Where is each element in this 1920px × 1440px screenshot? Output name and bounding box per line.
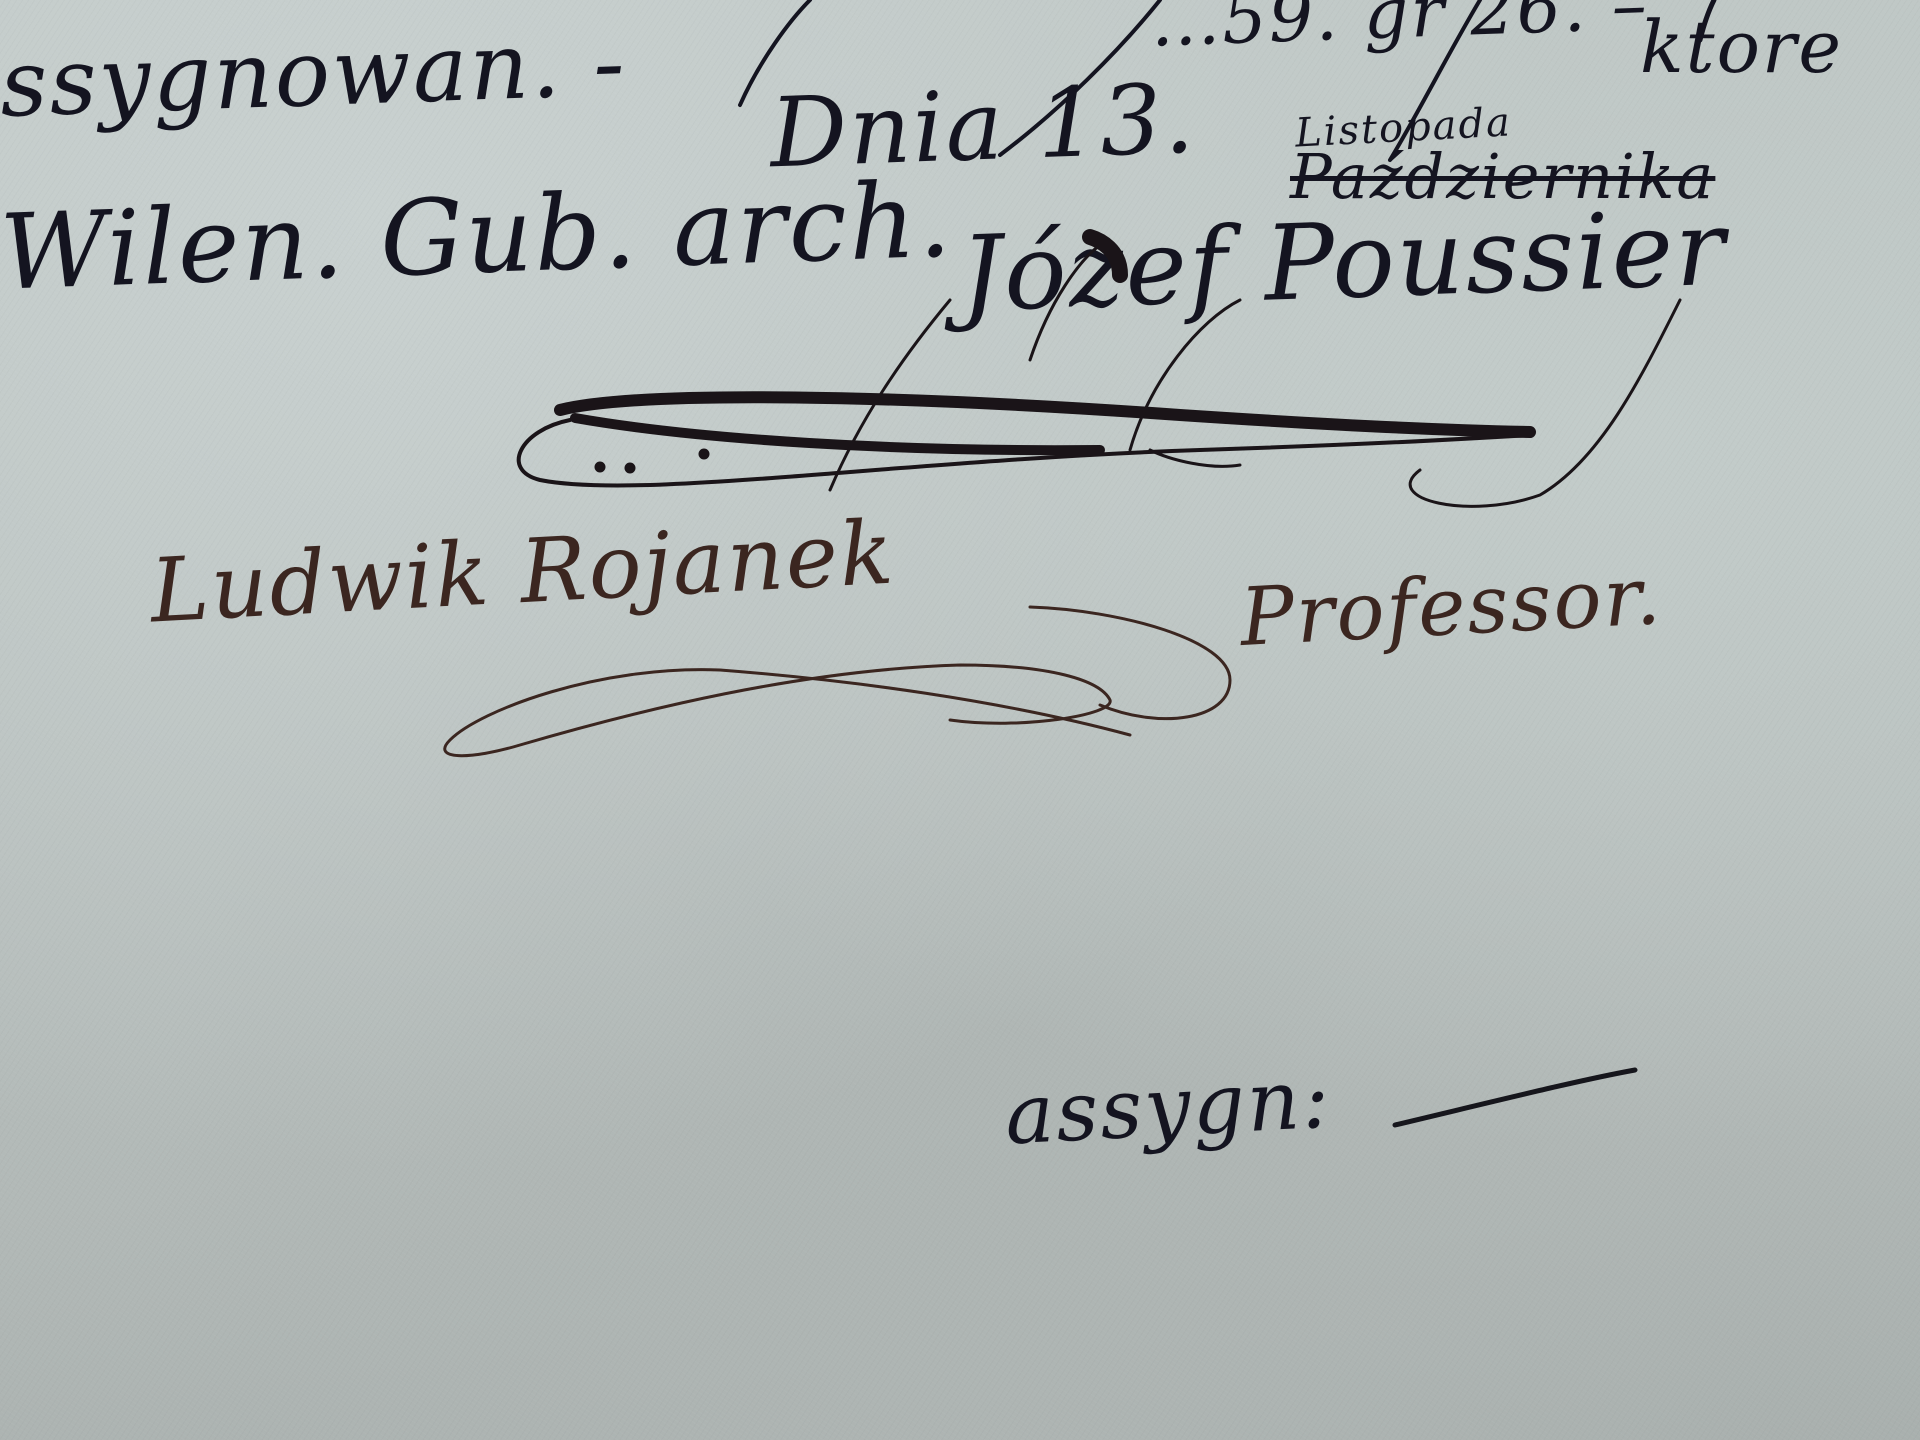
ludwik-flourish-icon [445, 607, 1230, 756]
signature-ludwik: Ludwik Rojanek [148, 501, 898, 643]
text-assygn: assygn: [1003, 1052, 1334, 1164]
dash-stroke-icon [1395, 1070, 1635, 1125]
document-page: ssygnowan. - …59. gr 26. – ktore Dnia 13… [0, 0, 1920, 1440]
text-line-1-end: ktore [1640, 5, 1843, 89]
text-line-1-start: ssygnowan. - [0, 9, 628, 138]
text-line-1-amount: …59. gr 26. – [1149, 0, 1650, 63]
text-office-abbrev: Wilen. Gub. arch. [0, 158, 955, 313]
signature-jozef: Józef Poussier [958, 187, 1729, 336]
text-title-professor: Professor. [1238, 549, 1665, 664]
